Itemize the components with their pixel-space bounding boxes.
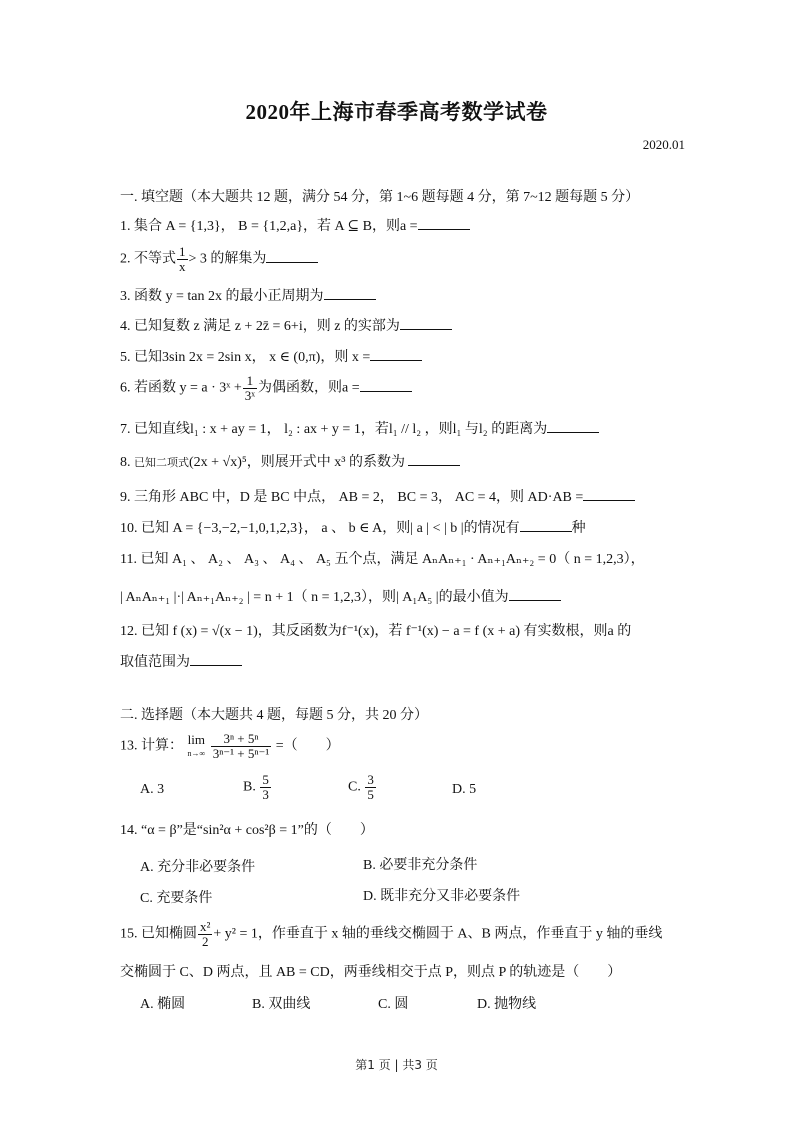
- question-number: 9.: [120, 490, 131, 505]
- option-text: 圆: [394, 997, 408, 1012]
- page-title: 2020年上海市春季高考数学试卷: [0, 96, 793, 126]
- option-label: C.: [348, 780, 361, 795]
- question-text-post: > 3 的解集为: [189, 252, 267, 267]
- question-12-line2: 取值范围为: [120, 651, 242, 673]
- option-label: A.: [140, 860, 154, 875]
- option-13-d[interactable]: D. 5: [452, 782, 476, 798]
- question-suffix: 种: [572, 521, 586, 536]
- answer-blank[interactable]: [190, 651, 242, 666]
- question-number: 12.: [120, 624, 138, 639]
- question-1: 1. 集合 A = {1,3}， B = {1,2,a}，若 A ⊆ B，则a …: [120, 215, 470, 237]
- answer-blank[interactable]: [418, 215, 470, 230]
- option-text: 5: [469, 782, 476, 797]
- fraction: 3ⁿ + 5ⁿ3ⁿ⁻¹ + 5ⁿ⁻¹: [211, 732, 272, 761]
- question-text: 集合 A = {1,3}， B = {1,2,a}，若 A ⊆ B，则a =: [134, 219, 418, 234]
- option-15-a[interactable]: A. 椭圆: [140, 993, 185, 1013]
- question-text-post: 为偶函数，则a =: [258, 381, 360, 396]
- question-text-post: + y² = 1，作垂直于 x 轴的垂线交椭圆于 A、B 两点，作垂直于 y 轴…: [213, 927, 662, 942]
- question-text-pre: 已知椭圆: [141, 927, 197, 942]
- option-14-d[interactable]: D. 既非充分又非必要条件: [363, 885, 520, 905]
- question-15-line2: 交椭圆于 C、D 两点，且 AB = CD，两垂线相交于点 P，则点 P 的轨迹…: [120, 963, 621, 983]
- section-header-fill-in: 一. 填空题（本大题共 12 题，满分 54 分，第 1~6 题每题 4 分，第…: [120, 186, 639, 206]
- question-number: 3.: [120, 289, 131, 304]
- exam-date: 2020.01: [643, 137, 685, 153]
- fraction-denominator: 5: [365, 788, 376, 802]
- question-9: 9. 三角形 ABC 中，D 是 BC 中点， AB = 2， BC = 3， …: [120, 486, 635, 508]
- question-7: 7. 已知直线l₁ : x + ay = 1， l₂ : ax + y = 1，…: [120, 418, 599, 440]
- answer-blank[interactable]: [509, 586, 561, 601]
- fraction-numerator: 1: [243, 374, 257, 389]
- option-text: 抛物线: [494, 997, 536, 1012]
- question-text-post: =（ ）: [276, 739, 340, 754]
- answer-blank[interactable]: [360, 377, 412, 392]
- question-text-line2: 取值范围为: [120, 655, 190, 670]
- answer-blank[interactable]: [408, 451, 460, 466]
- option-text: 充分非必要条件: [157, 860, 255, 875]
- answer-blank[interactable]: [400, 315, 452, 330]
- option-label: A.: [140, 997, 154, 1012]
- option-text: 3: [157, 782, 164, 797]
- option-15-d[interactable]: D. 抛物线: [477, 993, 536, 1013]
- option-label: B.: [243, 780, 256, 795]
- option-label: D.: [477, 997, 491, 1012]
- fraction-numerator: x²: [198, 920, 212, 935]
- question-5: 5. 已知3sin 2x = 2sin x， x ∈ (0,π)，则 x =: [120, 346, 422, 368]
- question-text-line2: 交椭圆于 C、D 两点，且 AB = CD，两垂线相交于点 P，则点 P 的轨迹…: [120, 965, 621, 980]
- option-15-b[interactable]: B. 双曲线: [252, 993, 310, 1013]
- option-text: 必要非充分条件: [379, 858, 477, 873]
- fraction: 1x: [177, 245, 188, 274]
- question-12: 12. 已知 f (x) = √(x − 1)，其反函数为f⁻¹(x)，若 f⁻…: [120, 622, 631, 642]
- fraction-denominator: x: [177, 260, 188, 274]
- question-number: 8.: [120, 455, 131, 470]
- limit-subscript: n→∞: [188, 747, 206, 761]
- option-label: A.: [140, 782, 154, 797]
- fraction-numerator: 5: [260, 773, 271, 788]
- question-14: 14. “α = β”是“sin²α + cos²β = 1”的（ ）: [120, 821, 374, 841]
- question-number: 7.: [120, 422, 131, 437]
- option-label: B.: [363, 858, 376, 873]
- fraction-denominator: 2: [198, 935, 212, 949]
- fraction-denominator: 3ⁿ⁻¹ + 5ⁿ⁻¹: [211, 747, 272, 761]
- question-text: (2x + √x)⁵，则展开式中 x³ 的系数为: [189, 455, 405, 470]
- question-text: 已知复数 z 满足 z + 2z̄ = 6+i，则 z 的实部为: [134, 319, 400, 334]
- fraction-denominator: 3: [260, 788, 271, 802]
- question-number: 10.: [120, 521, 138, 536]
- question-6: 6. 若函数 y = a · 3ˣ +13ˣ为偶函数，则a =: [120, 374, 412, 403]
- option-14-b[interactable]: B. 必要非充分条件: [363, 854, 477, 874]
- question-10: 10. 已知 A = {−3,−2,−1,0,1,2,3}， a 、 b ∈ A…: [120, 517, 586, 539]
- question-number: 6.: [120, 381, 131, 396]
- question-11-line2: | AₙAₙ₊₁ |·| Aₙ₊₁Aₙ₊₂ | = n + 1（ n = 1,2…: [120, 586, 561, 608]
- question-text: 已知 f (x) = √(x − 1)，其反函数为f⁻¹(x)，若 f⁻¹(x)…: [141, 624, 631, 639]
- option-label: D.: [452, 782, 466, 797]
- question-13: 13. 计算： limn→∞ 3ⁿ + 5ⁿ3ⁿ⁻¹ + 5ⁿ⁻¹ =（ ）: [120, 732, 340, 761]
- question-2: 2. 不等式1x> 3 的解集为: [120, 245, 318, 274]
- question-text-line2: | AₙAₙ₊₁ |·| Aₙ₊₁Aₙ₊₂ | = n + 1（ n = 1,2…: [120, 590, 509, 605]
- fraction-numerator: 3: [365, 773, 376, 788]
- fraction: 53: [260, 773, 271, 802]
- question-8: 8. 已知二项式(2x + √x)⁵，则展开式中 x³ 的系数为: [120, 451, 460, 473]
- question-text-pre: 不等式: [134, 252, 176, 267]
- question-text-pre: 计算：: [141, 739, 183, 754]
- option-label: B.: [252, 997, 265, 1012]
- option-13-c[interactable]: C. 35: [348, 773, 377, 802]
- answer-blank[interactable]: [266, 248, 318, 263]
- question-text: 函数 y = tan 2x 的最小正周期为: [134, 289, 324, 304]
- question-number: 2.: [120, 252, 131, 267]
- question-text: 已知直线l₁ : x + ay = 1， l₂ : ax + y = 1，若l₁…: [134, 422, 547, 437]
- question-3: 3. 函数 y = tan 2x 的最小正周期为: [120, 285, 376, 307]
- option-15-c[interactable]: C. 圆: [378, 993, 408, 1013]
- question-number: 1.: [120, 219, 131, 234]
- question-text-small: 已知二项式: [134, 457, 189, 469]
- question-11: 11. 已知 A₁ 、 A₂ 、 A₃ 、 A₄ 、 A₅ 五个点，满足 AₙA…: [120, 550, 645, 570]
- option-13-a[interactable]: A. 3: [140, 782, 164, 798]
- answer-blank[interactable]: [520, 517, 572, 532]
- question-number: 5.: [120, 350, 131, 365]
- question-text: 已知 A = {−3,−2,−1,0,1,2,3}， a 、 b ∈ A，则| …: [141, 521, 520, 536]
- option-label: C.: [378, 997, 391, 1012]
- option-text: 双曲线: [268, 997, 310, 1012]
- fraction: 35: [365, 773, 376, 802]
- answer-blank[interactable]: [547, 418, 599, 433]
- limit: limn→∞: [188, 733, 206, 761]
- option-text: 充要条件: [156, 891, 212, 906]
- limit-label: lim: [188, 733, 206, 747]
- answer-blank[interactable]: [324, 285, 376, 300]
- option-text: 既非充分又非必要条件: [380, 889, 520, 904]
- answer-blank[interactable]: [583, 486, 635, 501]
- fraction: x²2: [198, 920, 212, 949]
- option-13-b[interactable]: B. 53: [243, 773, 272, 802]
- fraction: 13ˣ: [243, 374, 257, 403]
- question-number: 14.: [120, 823, 138, 838]
- question-text: 已知 A₁ 、 A₂ 、 A₃ 、 A₄ 、 A₅ 五个点，满足 AₙAₙ₊₁ …: [140, 552, 644, 567]
- option-label: D.: [363, 889, 377, 904]
- option-14-c[interactable]: C. 充要条件: [140, 887, 212, 907]
- section-header-multiple-choice: 二. 选择题（本大题共 4 题，每题 5 分，共 20 分）: [120, 704, 428, 724]
- question-4: 4. 已知复数 z 满足 z + 2z̄ = 6+i，则 z 的实部为: [120, 315, 452, 337]
- fraction-denominator: 3ˣ: [243, 389, 257, 403]
- answer-blank[interactable]: [370, 346, 422, 361]
- page-footer: 第1 页 | 共3 页: [0, 1056, 793, 1073]
- question-number: 15.: [120, 927, 138, 942]
- fraction-numerator: 3ⁿ + 5ⁿ: [211, 732, 272, 747]
- question-number: 11.: [120, 552, 137, 567]
- question-number: 4.: [120, 319, 131, 334]
- question-text: 已知3sin 2x = 2sin x， x ∈ (0,π)，则 x =: [134, 350, 370, 365]
- option-text: 椭圆: [157, 997, 185, 1012]
- option-14-a[interactable]: A. 充分非必要条件: [140, 856, 255, 876]
- question-text: “α = β”是“sin²α + cos²β = 1”的（ ）: [141, 823, 374, 838]
- fraction-numerator: 1: [177, 245, 188, 260]
- option-label: C.: [140, 891, 153, 906]
- question-number: 13.: [120, 739, 138, 754]
- question-text-pre: 若函数 y = a · 3ˣ +: [134, 381, 242, 396]
- question-15: 15. 已知椭圆x²2+ y² = 1，作垂直于 x 轴的垂线交椭圆于 A、B …: [120, 920, 662, 949]
- question-text: 三角形 ABC 中，D 是 BC 中点， AB = 2， BC = 3， AC …: [134, 490, 583, 505]
